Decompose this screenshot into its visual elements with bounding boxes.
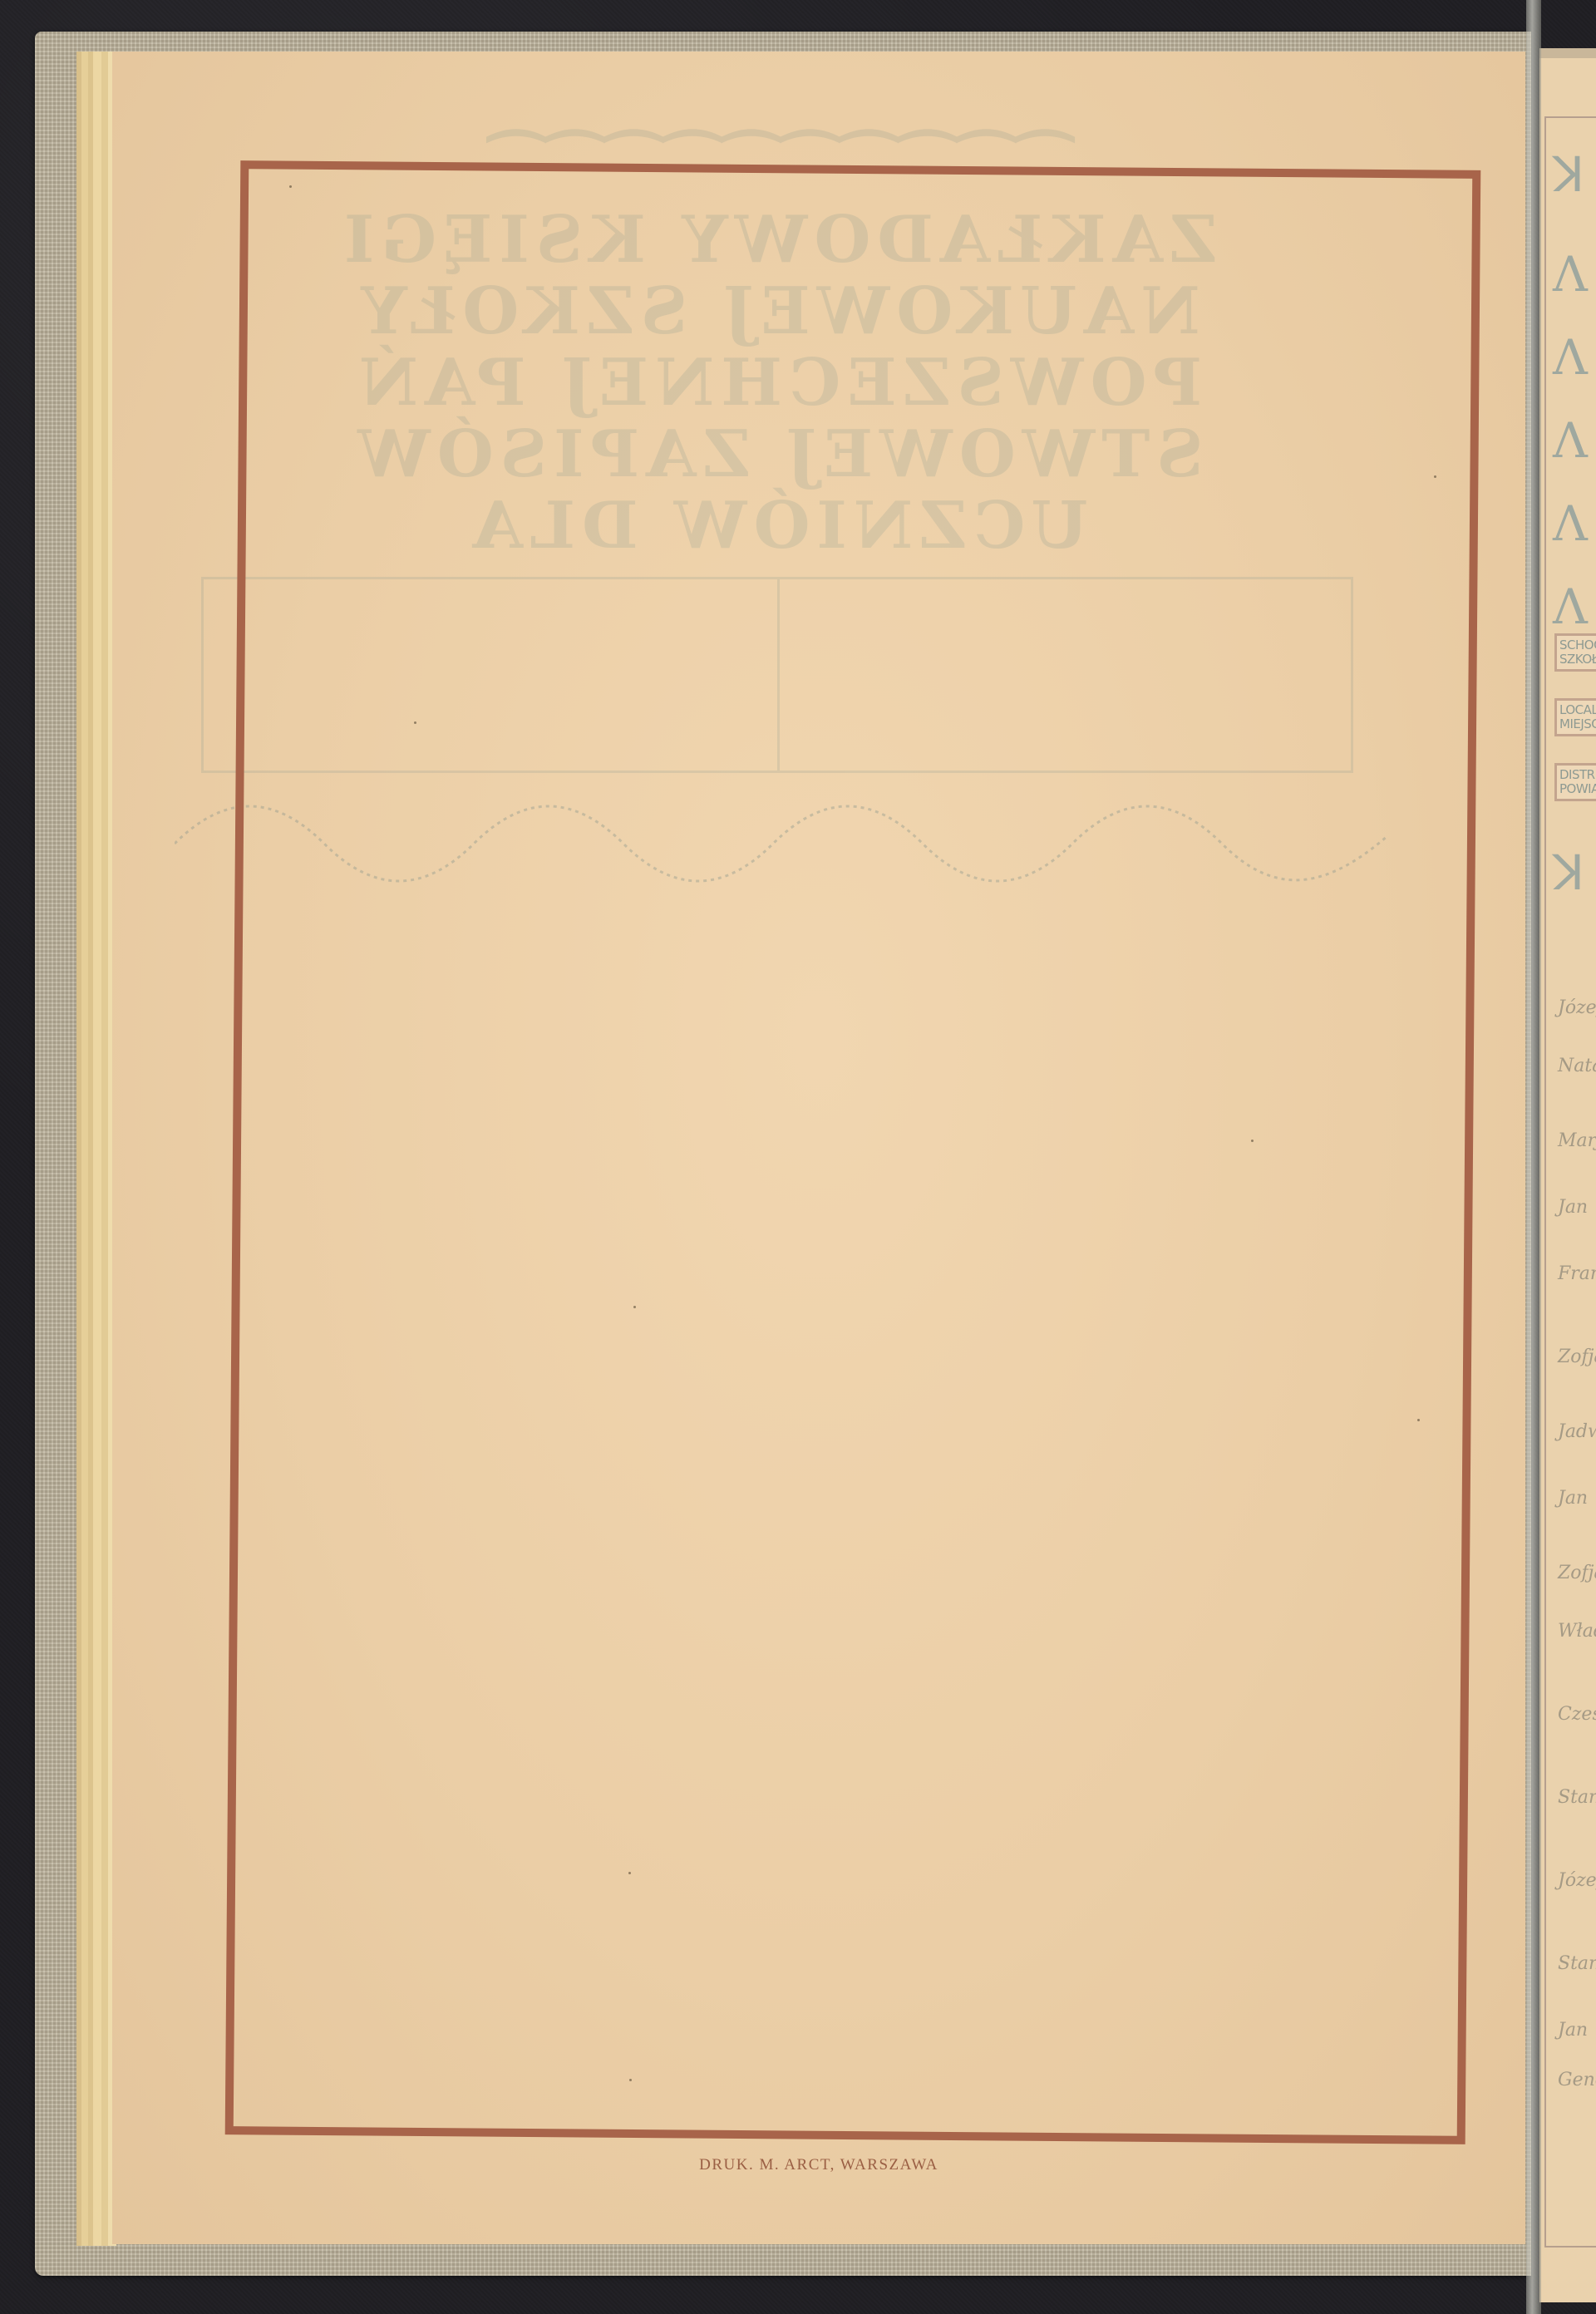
- handwritten-name: Natalja: [1558, 1056, 1596, 1076]
- handwritten-name: Franciszka: [1558, 1263, 1596, 1284]
- handwritten-name: Zofja: [1558, 1347, 1596, 1367]
- ornament-monogram-icon: Ʌ: [1553, 499, 1596, 549]
- handwritten-name: Józef: [1558, 997, 1596, 1018]
- handwritten-name: Jan: [1558, 1197, 1588, 1218]
- page-block-edges: [76, 52, 116, 2246]
- ornament-monogram-icon: ꓘ: [1553, 848, 1596, 898]
- ornament-monogram-icon: Ʌ: [1553, 249, 1596, 299]
- red-decorative-frame: [225, 160, 1481, 2144]
- label-line: MIEJSCO: [1559, 717, 1596, 731]
- label-line: SZKOŁA: [1559, 652, 1596, 667]
- handwritten-name: Jadwiga: [1558, 1421, 1596, 1442]
- ornament-monogram-icon: Ʌ: [1553, 582, 1596, 632]
- plastic-sleeve-edge: [1526, 0, 1541, 2314]
- label-line: POWIAT: [1559, 782, 1596, 796]
- ornament-monogram-icon: Ʌ: [1553, 416, 1596, 465]
- label-line: SCHOOL: [1559, 638, 1596, 652]
- ornament-monogram-icon: Ʌ: [1553, 332, 1596, 382]
- handwritten-name: Zofja: [1558, 1563, 1596, 1583]
- label-line: LOCALIT: [1559, 703, 1596, 717]
- handwritten-name: Stanisław: [1558, 1953, 1596, 1974]
- printer-imprint: DRUK. M. ARCT, WARSZAWA: [0, 2156, 1596, 2174]
- label-school: SCHOOL SZKOŁA: [1554, 633, 1596, 672]
- right-page-partial: ꓘ Ʌ Ʌ Ʌ Ʌ Ʌ SCHOOL SZKOŁA LOCALIT MIEJSC…: [1539, 48, 1596, 2302]
- label-locality: LOCALIT MIEJSCO: [1554, 698, 1596, 736]
- handwritten-name: Jan: [1558, 1488, 1588, 1509]
- handwritten-name: Marjan: [1558, 1130, 1596, 1151]
- handwritten-name: Genowefa: [1558, 2070, 1596, 2090]
- label-line: DISTRICT: [1559, 768, 1596, 782]
- handwritten-name: Władysław: [1558, 1621, 1596, 1642]
- ornament-monogram-icon: ꓘ: [1553, 150, 1596, 199]
- handwritten-name: Józefa: [1558, 1870, 1596, 1891]
- label-district: DISTRICT POWIAT: [1554, 763, 1596, 801]
- handwritten-name: Jan: [1558, 2020, 1588, 2041]
- handwritten-name: Czesław: [1558, 1704, 1596, 1725]
- handwritten-name: Stanisław: [1558, 1787, 1596, 1808]
